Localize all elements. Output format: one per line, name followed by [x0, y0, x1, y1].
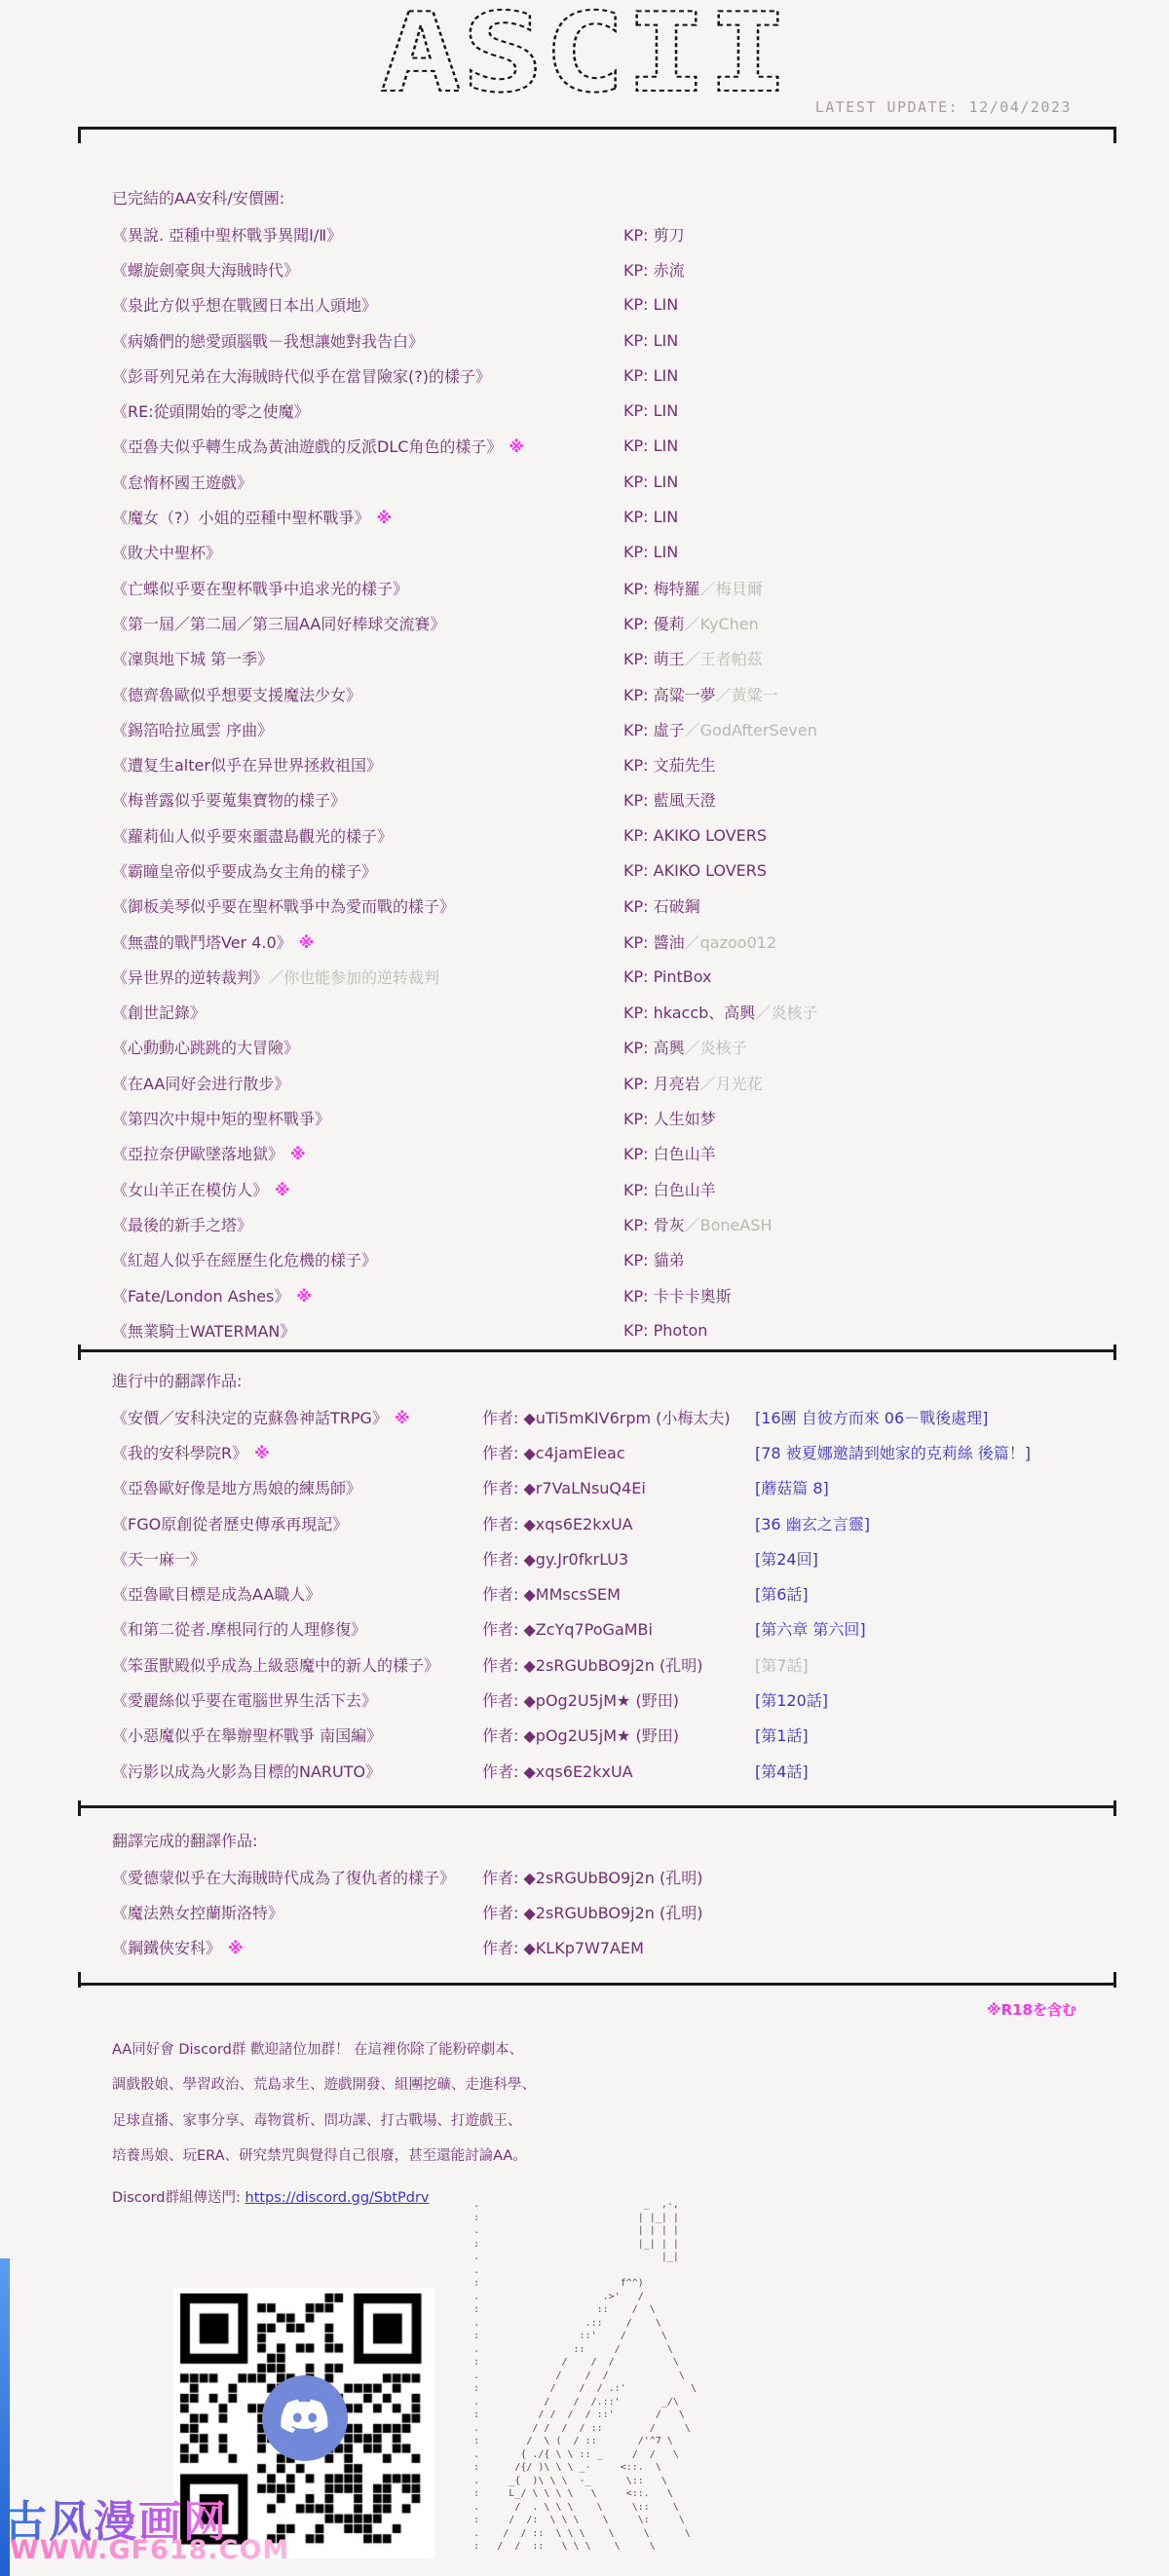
latest-chapter-link[interactable]: [78 被夏娜邀請到她家的克莉絲 後篇！]: [755, 1441, 1031, 1463]
ongoing-work-row: 《我的安科學院R》※ 作者: ◆c4jamEleac [78 被夏娜邀請到她家的…: [112, 1434, 1120, 1469]
frame-tick: [78, 1345, 81, 1360]
ongoing-work-row: 《小惡魔似乎在舉辦聖杯戰爭 南国編》 作者: ◆pOg2U5jM★ (野田) […: [112, 1718, 1120, 1753]
work-title: 《亡蝶似乎要在聖杯戰爭中追求光的樣子》: [112, 580, 408, 598]
kp-cell: KP: LIN: [623, 401, 678, 420]
discord-invite-link[interactable]: https://discord.gg/SbtPdrv: [245, 2190, 430, 2206]
ongoing-work-row: 《污影以成為火影為目標的NARUTO》 作者: ◆xqs6E2kxUA [第4話…: [112, 1753, 1120, 1788]
watermark-site-url: WWW.GF618.COM: [10, 2535, 289, 2565]
kp-label: KP:: [623, 1287, 649, 1306]
kp-name: LIN: [654, 436, 679, 455]
work-title: 《怠惰杯國王遊戲》: [112, 474, 252, 492]
completed-work-row: 《病嬌們的戀愛頭腦戰－我想讓她對我告白》 KP: LIN: [112, 322, 1120, 358]
work-title: 《在AA同好会进行散步》: [112, 1075, 289, 1093]
r18-marker: ※: [290, 1145, 306, 1163]
kp-name: 虛子: [654, 721, 685, 739]
frame-line-mid1: [78, 1349, 1116, 1352]
discord-text-line: 培養馬娘、玩ERA、研究禁咒與覺得自己很廢，甚至還能討論AA。: [112, 2139, 531, 2174]
work-title: 《螺旋劍豪與大海賊時代》: [112, 261, 299, 280]
completed-work-row: 《遭复生alter似乎在异世界拯救祖国》 KP: 文茄先生: [112, 746, 1120, 781]
work-title-gray-suffix: ／你也能参加的逆转裁判: [268, 968, 439, 987]
kp-name: 剪刀: [654, 226, 685, 245]
kp-name-gray: ／GodAfterSeven: [685, 721, 817, 739]
author-label: 作者:: [482, 1904, 518, 1922]
kp-label: KP:: [623, 933, 649, 952]
work-title-cell: 《在AA同好会进行散步》: [112, 1072, 623, 1094]
work-title-cell: 《螺旋劍豪與大海賊時代》: [112, 258, 623, 281]
completed-work-row: 《女山羊正在模仿人》※ KP: 白色山羊: [112, 1171, 1120, 1206]
ongoing-translations-section: 進行中的翻譯作品: 《安價／安科決定的克蘇魯神話TRPG》※ 作者: ◆uTi5…: [112, 1364, 1120, 1788]
kp-cell: KP: AKIKO LOVERS: [623, 861, 767, 880]
kp-label: KP:: [623, 650, 649, 668]
author-cell: 作者: ◆2sRGUbBO9j2n (孔明): [482, 1653, 755, 1676]
frame-tick: [1113, 1972, 1116, 1988]
work-title: 《女山羊正在模仿人》: [112, 1181, 268, 1199]
completed-work-row: 《泉此方似乎想在戰國日本出人頭地》 KP: LIN: [112, 287, 1120, 322]
work-title-cell: 《德齊魯歐似乎想要支援魔法少女》: [112, 683, 623, 705]
kp-cell: KP: 梅特羅／梅貝爾: [623, 577, 763, 599]
author-name: ◆2sRGUbBO9j2n (孔明): [524, 1656, 703, 1675]
r18-marker: ※: [509, 437, 524, 456]
work-title-cell: 《亞魯歐目標是成為AA職人》: [112, 1582, 482, 1605]
kp-cell: KP: 高興／炎核子: [623, 1036, 747, 1058]
completed-work-row: 《亞拉奈伊歐墜落地獄》※ KP: 白色山羊: [112, 1136, 1120, 1171]
work-title: 《心動動心跳跳的大冒險》: [112, 1039, 299, 1057]
completed-work-row: 《亡蝶似乎要在聖杯戰爭中追求光的樣子》 KP: 梅特羅／梅貝爾: [112, 570, 1120, 605]
kp-name: 高興: [654, 1039, 685, 1057]
kp-label: KP:: [623, 686, 649, 704]
work-title-cell: 《笨蛋獸殿似乎成為上級惡魔中的新人的樣子》: [112, 1653, 482, 1676]
discord-link-label: Discord群組傳送門:: [112, 2190, 241, 2206]
author-name: ◆KLKp7W7AEM: [524, 1939, 644, 1957]
completed-work-row: 《霸瞳皇帝似乎要成為女主角的樣子》 KP: AKIKO LOVERS: [112, 852, 1120, 888]
kp-name: 白色山羊: [654, 1145, 716, 1163]
kp-name: AKIKO LOVERS: [654, 861, 767, 880]
author-cell: 作者: ◆KLKp7W7AEM: [482, 1936, 755, 1958]
kp-label: KP:: [623, 580, 649, 598]
author-label: 作者:: [482, 1479, 518, 1497]
discord-logo-icon: [262, 2375, 348, 2461]
finished-work-row: 《鋼鐵俠安科》※ 作者: ◆KLKp7W7AEM: [112, 1930, 1120, 1965]
kp-label: KP:: [623, 295, 649, 314]
ongoing-work-row: 《天一麻一》 作者: ◆gy.Jr0fkrLU3 [第24回]: [112, 1540, 1120, 1575]
kp-name-gray: ／梅貝爾: [700, 580, 763, 598]
latest-chapter-link[interactable]: [第4話]: [755, 1760, 809, 1782]
ongoing-work-row: 《亞魯歐目標是成為AA職人》 作者: ◆MMscsSEM [第6話]: [112, 1575, 1120, 1610]
author-label: 作者:: [482, 1550, 518, 1569]
completed-work-row: 《德齊魯歐似乎想要支援魔法少女》 KP: 高粱一夢／黃粱一: [112, 676, 1120, 711]
work-title: 《敗犬中聖杯》: [112, 544, 221, 562]
completed-work-row: 《敗犬中聖杯》 KP: LIN: [112, 535, 1120, 570]
ongoing-work-row: 《亞魯歐好像是地方馬娘的練馬師》 作者: ◆r7VaLNsuQ4Ei [蘑菇篇 …: [112, 1470, 1120, 1505]
work-title: 《遭复生alter似乎在异世界拯救祖国》: [112, 756, 382, 775]
kp-cell: KP: AKIKO LOVERS: [623, 826, 767, 845]
kp-cell: KP: 萌王／王者帕茲: [623, 647, 763, 669]
work-title: 《我的安科學院R》: [112, 1444, 247, 1462]
work-title: 《亞魯夫似乎轉生成為黃油遊戲的反派DLC角色的樣子》: [112, 437, 502, 456]
work-title-cell: 《我的安科學院R》※: [112, 1441, 482, 1463]
latest-chapter-link[interactable]: [第120話]: [755, 1688, 828, 1711]
kp-cell: KP: 醬油／qazoo012: [623, 930, 776, 953]
kp-name: LIN: [654, 543, 679, 561]
kp-name: 高粱一夢: [654, 686, 716, 704]
author-cell: 作者: ◆uTi5mKIV6rpm (小梅太夫): [482, 1406, 755, 1428]
author-name: ◆xqs6E2kxUA: [524, 1515, 633, 1534]
completed-work-row: 《亞魯夫似乎轉生成為黃油遊戲的反派DLC角色的樣子》※ KP: LIN: [112, 429, 1120, 464]
completed-work-row: 《凜與地下城 第一季》 KP: 萌王／王者帕茲: [112, 641, 1120, 676]
author-label: 作者:: [482, 1939, 518, 1957]
author-name: ◆pOg2U5jM★ (野田): [524, 1691, 679, 1710]
work-title-cell: 《鋼鐵俠安科》※: [112, 1936, 482, 1958]
kp-cell: KP: LIN: [623, 473, 678, 491]
latest-chapter-link[interactable]: [第六章 第六回]: [755, 1617, 866, 1640]
author-name: ◆c4jamEleac: [524, 1444, 625, 1462]
finished-work-row: 《魔法熟女控蘭斯洛特》 作者: ◆2sRGUbBO9j2n (孔明): [112, 1894, 1120, 1929]
finished-work-row: 《愛德蒙似乎在大海賊時代成為了復仇者的樣子》 作者: ◆2sRGUbBO9j2n…: [112, 1859, 1120, 1894]
kp-name: LIN: [654, 295, 679, 314]
work-title: 《錫箔哈拉風雲 序曲》: [112, 721, 273, 739]
work-title-cell: 《RE:從頭開始的零之使魔》: [112, 399, 623, 422]
latest-chapter-link[interactable]: [16團 自彼方而來 06－戰後處理]: [755, 1406, 988, 1428]
kp-label: KP:: [623, 967, 649, 986]
kp-name: 梅特羅: [654, 580, 700, 598]
work-title-cell: 《凜與地下城 第一季》: [112, 647, 623, 669]
ongoing-work-row: 《愛麗絲似乎要在電腦世界生活下去》 作者: ◆pOg2U5jM★ (野田) [第…: [112, 1682, 1120, 1717]
work-title: 《异世界的逆转裁判》: [112, 968, 268, 987]
completed-work-row: 《在AA同好会进行散步》 KP: 月亮岩／月光花: [112, 1065, 1120, 1100]
latest-chapter-link[interactable]: [第6話]: [755, 1582, 809, 1605]
kp-label: KP:: [623, 436, 649, 455]
kp-cell: KP: 剪刀: [623, 223, 685, 246]
kp-label: KP:: [623, 615, 649, 633]
kp-name: LIN: [654, 473, 679, 491]
work-title-cell: 《錫箔哈拉風雲 序曲》: [112, 718, 623, 740]
author-cell: 作者: ◆MMscsSEM: [482, 1582, 755, 1605]
author-name: ◆gy.Jr0fkrLU3: [524, 1550, 629, 1569]
kp-name: Photon: [654, 1321, 708, 1340]
author-cell: 作者: ◆c4jamEleac: [482, 1441, 755, 1463]
completed-works-section: 已完結的AA安科/安價團: 《異說. 亞種中聖杯戰爭異聞Ⅰ/Ⅱ》 KP: 剪刀 …: [112, 181, 1120, 1348]
work-title-cell: 《愛德蒙似乎在大海賊時代成為了復仇者的樣子》: [112, 1866, 482, 1888]
work-title: 《創世記錄》: [112, 1004, 206, 1022]
kp-cell: KP: LIN: [623, 508, 678, 526]
work-title: 《亞魯歐目標是成為AA職人》: [112, 1585, 321, 1604]
kp-name: 醬油: [654, 933, 685, 952]
kp-name-gray: ／王者帕茲: [685, 650, 763, 668]
work-title-cell: 《彭哥列兄弟在大海賊時代似乎在當冒險家(?)的樣子》: [112, 364, 623, 387]
kp-name: 月亮岩: [654, 1075, 700, 1093]
kp-name-gray: ／KyChen: [685, 615, 759, 633]
kp-label: KP:: [623, 756, 649, 775]
work-title-cell: 《紅超人似乎在經歷生化危機的樣子》: [112, 1248, 623, 1270]
work-title-cell: 《怠惰杯國王遊戲》: [112, 471, 623, 493]
work-title: 《亞拉奈伊歐墜落地獄》: [112, 1145, 283, 1163]
completed-section-heading: 已完結的AA安科/安價團:: [112, 181, 1120, 216]
work-title-cell: 《霸瞳皇帝似乎要成為女主角的樣子》: [112, 859, 623, 882]
kp-name: LIN: [654, 331, 679, 350]
discord-invite-block: AA同好會 Discord群 歡迎諸位加群！ 在這裡你除了能粉碎劇本、 調戲骰娘…: [112, 2032, 531, 2174]
frame-tick: [78, 1800, 81, 1816]
ongoing-work-row: 《安價／安科決定的克蘇魯神話TRPG》※ 作者: ◆uTi5mKIV6rpm (…: [112, 1399, 1120, 1434]
kp-label: KP:: [623, 1004, 649, 1022]
frame-tick: [78, 1972, 81, 1988]
kp-name: 赤流: [654, 261, 685, 280]
kp-label: KP:: [623, 1075, 649, 1093]
r18-marker: ※: [395, 1409, 410, 1427]
kp-label: KP:: [623, 791, 649, 810]
kp-name: 文茄先生: [654, 756, 716, 775]
work-title: 《愛德蒙似乎在大海賊時代成為了復仇者的樣子》: [112, 1869, 455, 1887]
kp-label: KP:: [623, 897, 649, 916]
work-title: 《第四次中規中矩的聖杯戰爭》: [112, 1110, 330, 1128]
work-title: 《污影以成為火影為目標的NARUTO》: [112, 1762, 381, 1781]
discord-mascot-icon: [277, 2397, 333, 2440]
work-title-cell: 《第一屆／第二屆／第三屆AA同好棒球交流賽》: [112, 612, 623, 634]
work-title-cell: 《亞魯歐好像是地方馬娘的練馬師》: [112, 1476, 482, 1498]
work-title: 《異說. 亞種中聖杯戰爭異聞Ⅰ/Ⅱ》: [112, 226, 342, 245]
kp-label: KP:: [623, 473, 649, 491]
work-title: 《小惡魔似乎在舉辦聖杯戰爭 南国編》: [112, 1726, 382, 1745]
work-title: 《魔女（?）小姐的亞種中聖杯戰爭》: [112, 509, 370, 527]
kp-cell: KP: 石破鋼: [623, 894, 700, 917]
kp-name-gray: ／月光花: [700, 1075, 763, 1093]
kp-cell: KP: 貓弟: [623, 1248, 685, 1270]
discord-text-line: 調戲骰娘、學習政治、荒島求生、遊戲開發、組團挖礦、走進科學、: [112, 2067, 531, 2102]
work-title-cell: 《FGO原創從者歷史傳承再現記》: [112, 1512, 482, 1534]
work-title-cell: 《無業騎士WATERMAN》: [112, 1319, 623, 1342]
author-label: 作者:: [482, 1620, 518, 1639]
kp-cell: KP: PintBox: [623, 967, 712, 986]
author-label: 作者:: [482, 1409, 518, 1427]
latest-chapter-link[interactable]: [第24回]: [755, 1547, 818, 1570]
latest-chapter-link[interactable]: [第7話]: [755, 1653, 809, 1676]
work-title-cell: 《亞魯夫似乎轉生成為黃油遊戲的反派DLC角色的樣子》※: [112, 435, 623, 457]
work-title-cell: 《和第二從者.摩根同行的人理修復》: [112, 1617, 482, 1640]
kp-name: 石破鋼: [654, 897, 700, 916]
kp-cell: KP: LIN: [623, 436, 678, 455]
completed-work-row: 《Fate/London Ashes》※ KP: 卡卡卡奧斯: [112, 1277, 1120, 1312]
work-title-cell: 《女山羊正在模仿人》※: [112, 1178, 623, 1200]
kp-name: LIN: [654, 508, 679, 526]
work-title-cell: 《遭复生alter似乎在异世界拯救祖国》: [112, 753, 623, 776]
completed-work-row: 《御板美琴似乎要在聖杯戰爭中為愛而戰的樣子》 KP: 石破鋼: [112, 889, 1120, 924]
page: ASCII LATEST UPDATE: 12/04/2023 已完結的AA安科…: [0, 0, 1169, 2576]
work-title-cell: 《Fate/London Ashes》※: [112, 1284, 623, 1307]
work-title-cell: 《魔女（?）小姐的亞種中聖杯戰爭》※: [112, 506, 623, 528]
work-title-cell: 《最後的新手之塔》: [112, 1213, 623, 1235]
work-title: 《天一麻一》: [112, 1550, 206, 1569]
latest-chapter-link[interactable]: [第1話]: [755, 1724, 809, 1746]
work-title-cell: 《蘿莉仙人似乎要來噩盡島觀光的樣子》: [112, 824, 623, 847]
work-title: 《RE:從頭開始的零之使魔》: [112, 402, 310, 421]
kp-cell: KP: 文茄先生: [623, 753, 716, 776]
kp-label: KP:: [623, 543, 649, 561]
author-name: ◆xqs6E2kxUA: [524, 1762, 633, 1781]
kp-label: KP:: [623, 1110, 649, 1128]
completed-work-row: 《創世記錄》 KP: hkaccb、高興／炎核子: [112, 995, 1120, 1030]
completed-work-row: 《心動動心跳跳的大冒險》 KP: 高興／炎核子: [112, 1030, 1120, 1065]
ascii-logo-text: ASCII: [380, 0, 789, 112]
kp-label: KP:: [623, 861, 649, 880]
kp-name: hkaccb、高興: [654, 1004, 756, 1022]
author-cell: 作者: ◆r7VaLNsuQ4Ei: [482, 1476, 755, 1498]
work-title-cell: 《梅普露似乎要蒐集寶物的樣子》: [112, 788, 623, 811]
r18-marker: ※: [228, 1939, 244, 1957]
completed-work-row: 《異說. 亞種中聖杯戰爭異聞Ⅰ/Ⅱ》 KP: 剪刀: [112, 216, 1120, 251]
kp-name: 白色山羊: [654, 1181, 716, 1199]
kp-cell: KP: 月亮岩／月光花: [623, 1072, 763, 1094]
author-label: 作者:: [482, 1762, 518, 1781]
kp-name: LIN: [654, 366, 679, 385]
kp-cell: KP: 白色山羊: [623, 1178, 716, 1200]
kp-label: KP:: [623, 1216, 649, 1234]
kp-name-gray: ／炎核子: [755, 1004, 817, 1022]
author-label: 作者:: [482, 1444, 518, 1462]
r18-marker: ※: [377, 509, 393, 527]
kp-cell: KP: 赤流: [623, 258, 685, 281]
completed-work-row: 《紅超人似乎在經歷生化危機的樣子》 KP: 貓弟: [112, 1242, 1120, 1277]
kp-label: KP:: [623, 721, 649, 739]
work-title-cell: 《異說. 亞種中聖杯戰爭異聞Ⅰ/Ⅱ》: [112, 223, 623, 246]
work-title: 《第一屆／第二屆／第三屆AA同好棒球交流賽》: [112, 615, 445, 633]
work-title-cell: 《御板美琴似乎要在聖杯戰爭中為愛而戰的樣子》: [112, 894, 623, 917]
author-cell: 作者: ◆xqs6E2kxUA: [482, 1760, 755, 1782]
discord-text-line: AA同好會 Discord群 歡迎諸位加群！ 在這裡你除了能粉碎劇本、: [112, 2032, 531, 2067]
work-title-cell: 《异世界的逆转裁判》／你也能参加的逆转裁判: [112, 966, 623, 988]
completed-work-row: 《梅普露似乎要蒐集寶物的樣子》 KP: 藍風天澄: [112, 782, 1120, 817]
kp-name: LIN: [654, 401, 679, 420]
work-title: 《凜與地下城 第一季》: [112, 650, 273, 668]
ascii-logo: ASCII: [321, 0, 848, 112]
work-title: 《彭哥列兄弟在大海賊時代似乎在當冒險家(?)的樣子》: [112, 367, 491, 386]
kp-name-gray: ／BoneASH: [685, 1216, 773, 1234]
completed-work-row: 《异世界的逆转裁判》／你也能参加的逆转裁判 KP: PintBox: [112, 959, 1120, 994]
author-name: ◆uTi5mKIV6rpm (小梅太夫): [524, 1409, 731, 1427]
kp-cell: KP: LIN: [623, 543, 678, 561]
kp-name: 萌王: [654, 650, 685, 668]
completed-work-row: 《無盡的戰鬥塔Ver 4.0》※ KP: 醬油／qazoo012: [112, 924, 1120, 959]
work-title: 《最後的新手之塔》: [112, 1216, 252, 1234]
completed-work-row: 《彭哥列兄弟在大海賊時代似乎在當冒險家(?)的樣子》 KP: LIN: [112, 358, 1120, 393]
author-name: ◆ZcYq7PoGaMBi: [524, 1620, 653, 1639]
finished-section-heading: 翻譯完成的翻譯作品:: [112, 1824, 1120, 1859]
kp-name-gray: ／黃粱一: [716, 686, 778, 704]
completed-work-row: 《螺旋劍豪與大海賊時代》 KP: 赤流: [112, 251, 1120, 286]
r18-marker: ※: [296, 1287, 312, 1306]
author-cell: 作者: ◆pOg2U5jM★ (野田): [482, 1724, 755, 1746]
completed-work-row: 《第一屆／第二屆／第三屆AA同好棒球交流賽》 KP: 優莉／KyChen: [112, 605, 1120, 640]
work-title: 《和第二從者.摩根同行的人理修復》: [112, 1620, 366, 1639]
work-title-cell: 《亞拉奈伊歐墜落地獄》※: [112, 1142, 623, 1164]
author-label: 作者:: [482, 1656, 518, 1675]
frame-tick: [78, 128, 81, 143]
left-edge-blue-bar: [0, 2258, 10, 2576]
author-cell: 作者: ◆2sRGUbBO9j2n (孔明): [482, 1901, 755, 1923]
author-label: 作者:: [482, 1585, 518, 1604]
r18-marker: ※: [275, 1181, 290, 1199]
kp-cell: KP: 高粱一夢／黃粱一: [623, 683, 778, 705]
work-title: 《泉此方似乎想在戰國日本出人頭地》: [112, 296, 377, 315]
kp-name-gray: ／炎核子: [685, 1039, 747, 1057]
author-label: 作者:: [482, 1726, 518, 1745]
kp-name: 骨灰: [654, 1216, 685, 1234]
kp-label: KP:: [623, 1321, 649, 1340]
completed-work-row: 《蘿莉仙人似乎要來噩盡島觀光的樣子》 KP: AKIKO LOVERS: [112, 817, 1120, 852]
frame-line-mid2: [78, 1805, 1116, 1808]
author-cell: 作者: ◆ZcYq7PoGaMBi: [482, 1617, 755, 1640]
completed-work-row: 《最後的新手之塔》 KP: 骨灰／BoneASH: [112, 1206, 1120, 1241]
work-title-cell: 《亡蝶似乎要在聖杯戰爭中追求光的樣子》: [112, 577, 623, 599]
completed-work-row: 《魔女（?）小姐的亞種中聖杯戰爭》※ KP: LIN: [112, 499, 1120, 534]
author-cell: 作者: ◆2sRGUbBO9j2n (孔明): [482, 1866, 755, 1888]
work-title: 《德齊魯歐似乎想要支援魔法少女》: [112, 686, 361, 704]
author-name: ◆pOg2U5jM★ (野田): [524, 1726, 679, 1745]
work-title-cell: 《心動動心跳跳的大冒險》: [112, 1036, 623, 1058]
work-title-cell: 《小惡魔似乎在舉辦聖杯戰爭 南国編》: [112, 1724, 482, 1746]
work-title: 《FGO原創從者歷史傳承再現記》: [112, 1515, 348, 1534]
kp-label: KP:: [623, 1181, 649, 1199]
kp-cell: KP: 卡卡卡奧斯: [623, 1284, 732, 1307]
author-label: 作者:: [482, 1691, 518, 1710]
author-name: ◆2sRGUbBO9j2n (孔明): [524, 1869, 703, 1887]
kp-cell: KP: LIN: [623, 295, 678, 314]
work-title-cell: 《安價／安科決定的克蘇魯神話TRPG》※: [112, 1406, 482, 1428]
author-label: 作者:: [482, 1515, 518, 1534]
work-title: 《蘿莉仙人似乎要來噩盡島觀光的樣子》: [112, 827, 393, 846]
work-title-cell: 《無盡的戰鬥塔Ver 4.0》※: [112, 930, 623, 953]
work-title: 《鋼鐵俠安科》: [112, 1939, 221, 1957]
finished-translations-section: 翻譯完成的翻譯作品: 《愛德蒙似乎在大海賊時代成為了復仇者的樣子》 作者: ◆2…: [112, 1824, 1120, 1965]
work-title-cell: 《污影以成為火影為目標的NARUTO》: [112, 1760, 482, 1782]
work-title-cell: 《第四次中規中矩的聖杯戰爭》: [112, 1107, 623, 1129]
author-cell: 作者: ◆xqs6E2kxUA: [482, 1512, 755, 1534]
kp-label: KP:: [623, 226, 649, 245]
kp-name-gray: ／qazoo012: [685, 933, 776, 952]
work-title-cell: 《魔法熟女控蘭斯洛特》: [112, 1901, 482, 1923]
kp-name: PintBox: [654, 967, 712, 986]
kp-cell: KP: 人生如梦: [623, 1107, 716, 1129]
kp-cell: KP: LIN: [623, 366, 678, 385]
ongoing-section-heading: 進行中的翻譯作品:: [112, 1364, 1120, 1399]
frame-tick: [1113, 1800, 1116, 1816]
work-title-cell: 《天一麻一》: [112, 1547, 482, 1570]
r18-note: ※R18を含む: [987, 1999, 1076, 2020]
kp-cell: KP: 優莉／KyChen: [623, 612, 759, 634]
author-name: ◆2sRGUbBO9j2n (孔明): [524, 1904, 703, 1922]
ongoing-work-row: 《和第二從者.摩根同行的人理修復》 作者: ◆ZcYq7PoGaMBi [第六章…: [112, 1611, 1120, 1647]
completed-work-row: 《怠惰杯國王遊戲》 KP: LIN: [112, 464, 1120, 499]
work-title: 《梅普露似乎要蒐集寶物的樣子》: [112, 791, 346, 810]
work-title: 《笨蛋獸殿似乎成為上級惡魔中的新人的樣子》: [112, 1656, 439, 1675]
kp-name: 藍風天澄: [654, 791, 716, 810]
kp-name: 貓弟: [654, 1251, 685, 1269]
kp-cell: KP: 藍風天澄: [623, 788, 716, 811]
kp-name: 優莉: [654, 615, 685, 633]
kp-label: KP:: [623, 366, 649, 385]
kp-cell: KP: Photon: [623, 1321, 707, 1340]
author-name: ◆MMscsSEM: [524, 1585, 621, 1604]
work-title-cell: 《敗犬中聖杯》: [112, 541, 623, 563]
latest-chapter-link[interactable]: [蘑菇篇 8]: [755, 1476, 829, 1498]
kp-label: KP:: [623, 261, 649, 280]
work-title: 《安價／安科決定的克蘇魯神話TRPG》: [112, 1409, 388, 1427]
latest-chapter-link[interactable]: [36 幽玄之言靈]: [755, 1512, 870, 1534]
kp-label: KP:: [623, 1145, 649, 1163]
kp-name: 人生如梦: [654, 1110, 716, 1128]
frame-line-top: [78, 127, 1116, 130]
kp-name: 卡卡卡奧斯: [654, 1287, 732, 1306]
work-title: 《病嬌們的戀愛頭腦戰－我想讓她對我告白》: [112, 332, 424, 351]
kp-cell: KP: 骨灰／BoneASH: [623, 1213, 773, 1235]
